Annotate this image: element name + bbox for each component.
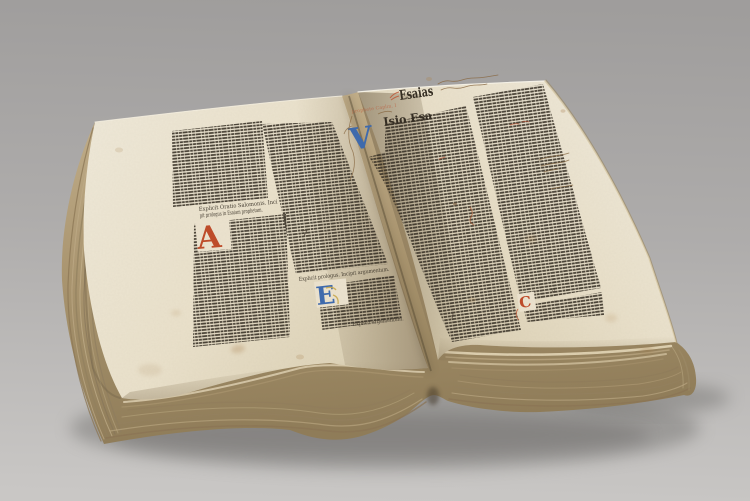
photo-canvas: Explicit Oratio Salomonis. Inci pit prol… xyxy=(0,0,750,501)
open-incunable-book-photo: Explicit Oratio Salomonis. Inci pit prol… xyxy=(0,0,750,501)
